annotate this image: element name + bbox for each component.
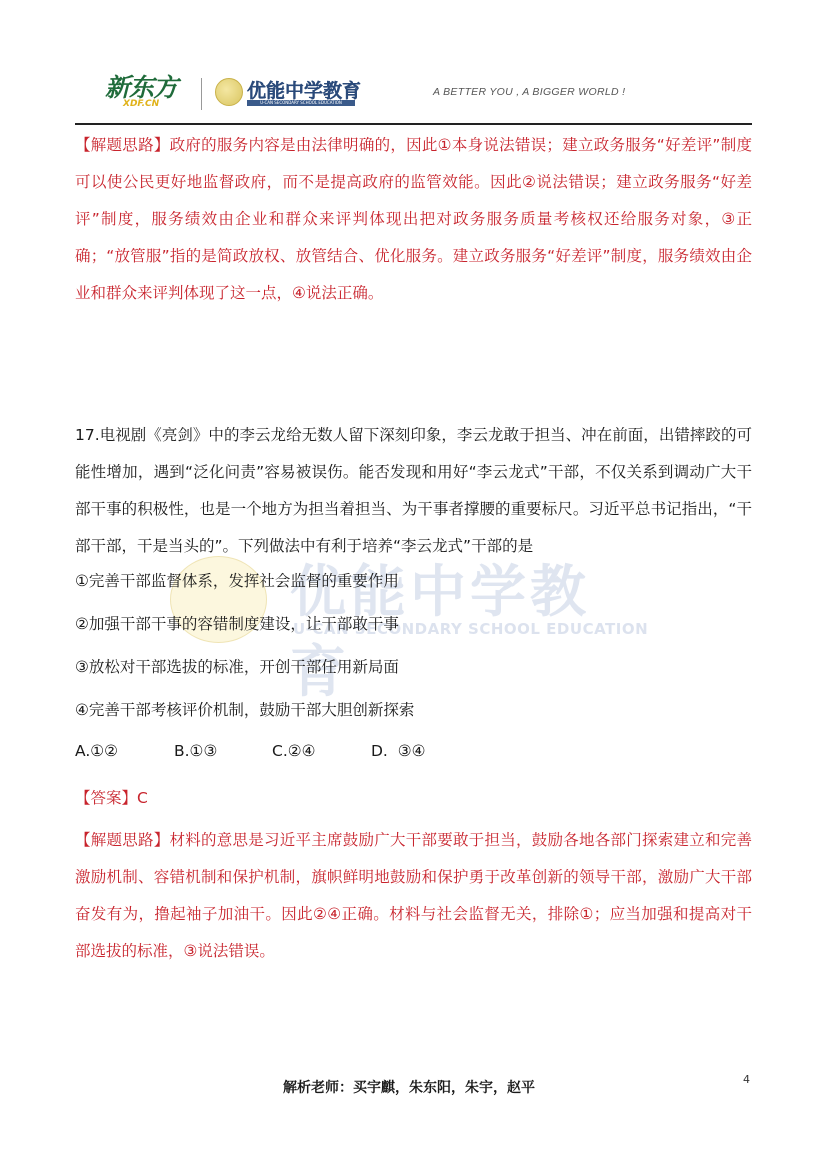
statement-3: ③放松对干部选拔的标准，开创干部任用新局面 (75, 656, 399, 678)
answer-label: 【答案】 (75, 789, 137, 807)
xdf-logo-cn: 新东方 (105, 75, 185, 101)
analysis-text: 政府的服务内容是由法律明确的，因此①本身说法错误；建立政务服务“好差评”制度可以… (75, 136, 752, 302)
analysis-text: 材料的意思是习近平主席鼓励广大干部要敢于担当，鼓励各地各部门探索建立和完善激励机… (75, 831, 752, 960)
speech-bubble-icon (215, 78, 243, 106)
answer-value: C (137, 789, 148, 807)
page-number: 4 (743, 1073, 750, 1086)
previous-analysis: 【解题思路】政府的服务内容是由法律明确的，因此①本身说法错误；建立政务服务“好差… (75, 127, 752, 312)
youneng-logo-en: U-CAN SECONDARY SCHOOL EDUCATION (247, 100, 355, 106)
statement-1: ①完善干部监督体系，发挥社会监督的重要作用 (75, 570, 399, 592)
choice-d: D. ③④ (371, 742, 426, 760)
xdf-logo: 新东方 XDF.CN (105, 75, 185, 115)
logo-divider (201, 78, 202, 110)
question-stem-text: 电视剧《亮剑》中的李云龙给无数人留下深刻印象，李云龙敢于担当、冲在前面，出错摔跤… (75, 426, 752, 555)
answer-choices: A.①② B.①③ C.②④ D. ③④ (75, 742, 575, 766)
question-stem: 17.电视剧《亮剑》中的李云龙给无数人留下深刻印象，李云龙敢于担当、冲在前面，出… (75, 417, 752, 565)
page-header: 新东方 XDF.CN 优能中学教育 U-CAN SECONDARY SCHOOL… (75, 70, 752, 124)
xdf-logo-en: XDF.CN (123, 99, 159, 109)
youneng-logo-cn: 优能中学教育 (247, 76, 361, 103)
answer: 【答案】C (75, 786, 148, 808)
statement-2: ②加强干部干事的容错制度建设，让干部敢干事 (75, 613, 399, 635)
statement-4: ④完善干部考核评价机制，鼓励干部大胆创新探索 (75, 699, 414, 721)
choice-a: A.①② (75, 742, 118, 760)
footer-teachers: 解析老师：买宇麒，朱东阳，朱宇，赵平 (283, 1077, 535, 1097)
header-divider (75, 123, 752, 125)
choice-b: B.①③ (174, 742, 217, 760)
choice-c: C.②④ (272, 742, 316, 760)
question-number: 17. (75, 426, 100, 444)
youneng-logo: 优能中学教育 U-CAN SECONDARY SCHOOL EDUCATION (215, 76, 365, 112)
header-slogan: A BETTER YOU , A BIGGER WORLD ! (433, 86, 625, 98)
analysis-label: 【解题思路】 (75, 831, 170, 849)
question-analysis: 【解题思路】材料的意思是习近平主席鼓励广大干部要敢于担当，鼓励各地各部门探索建立… (75, 822, 752, 970)
analysis-label: 【解题思路】 (75, 136, 170, 154)
